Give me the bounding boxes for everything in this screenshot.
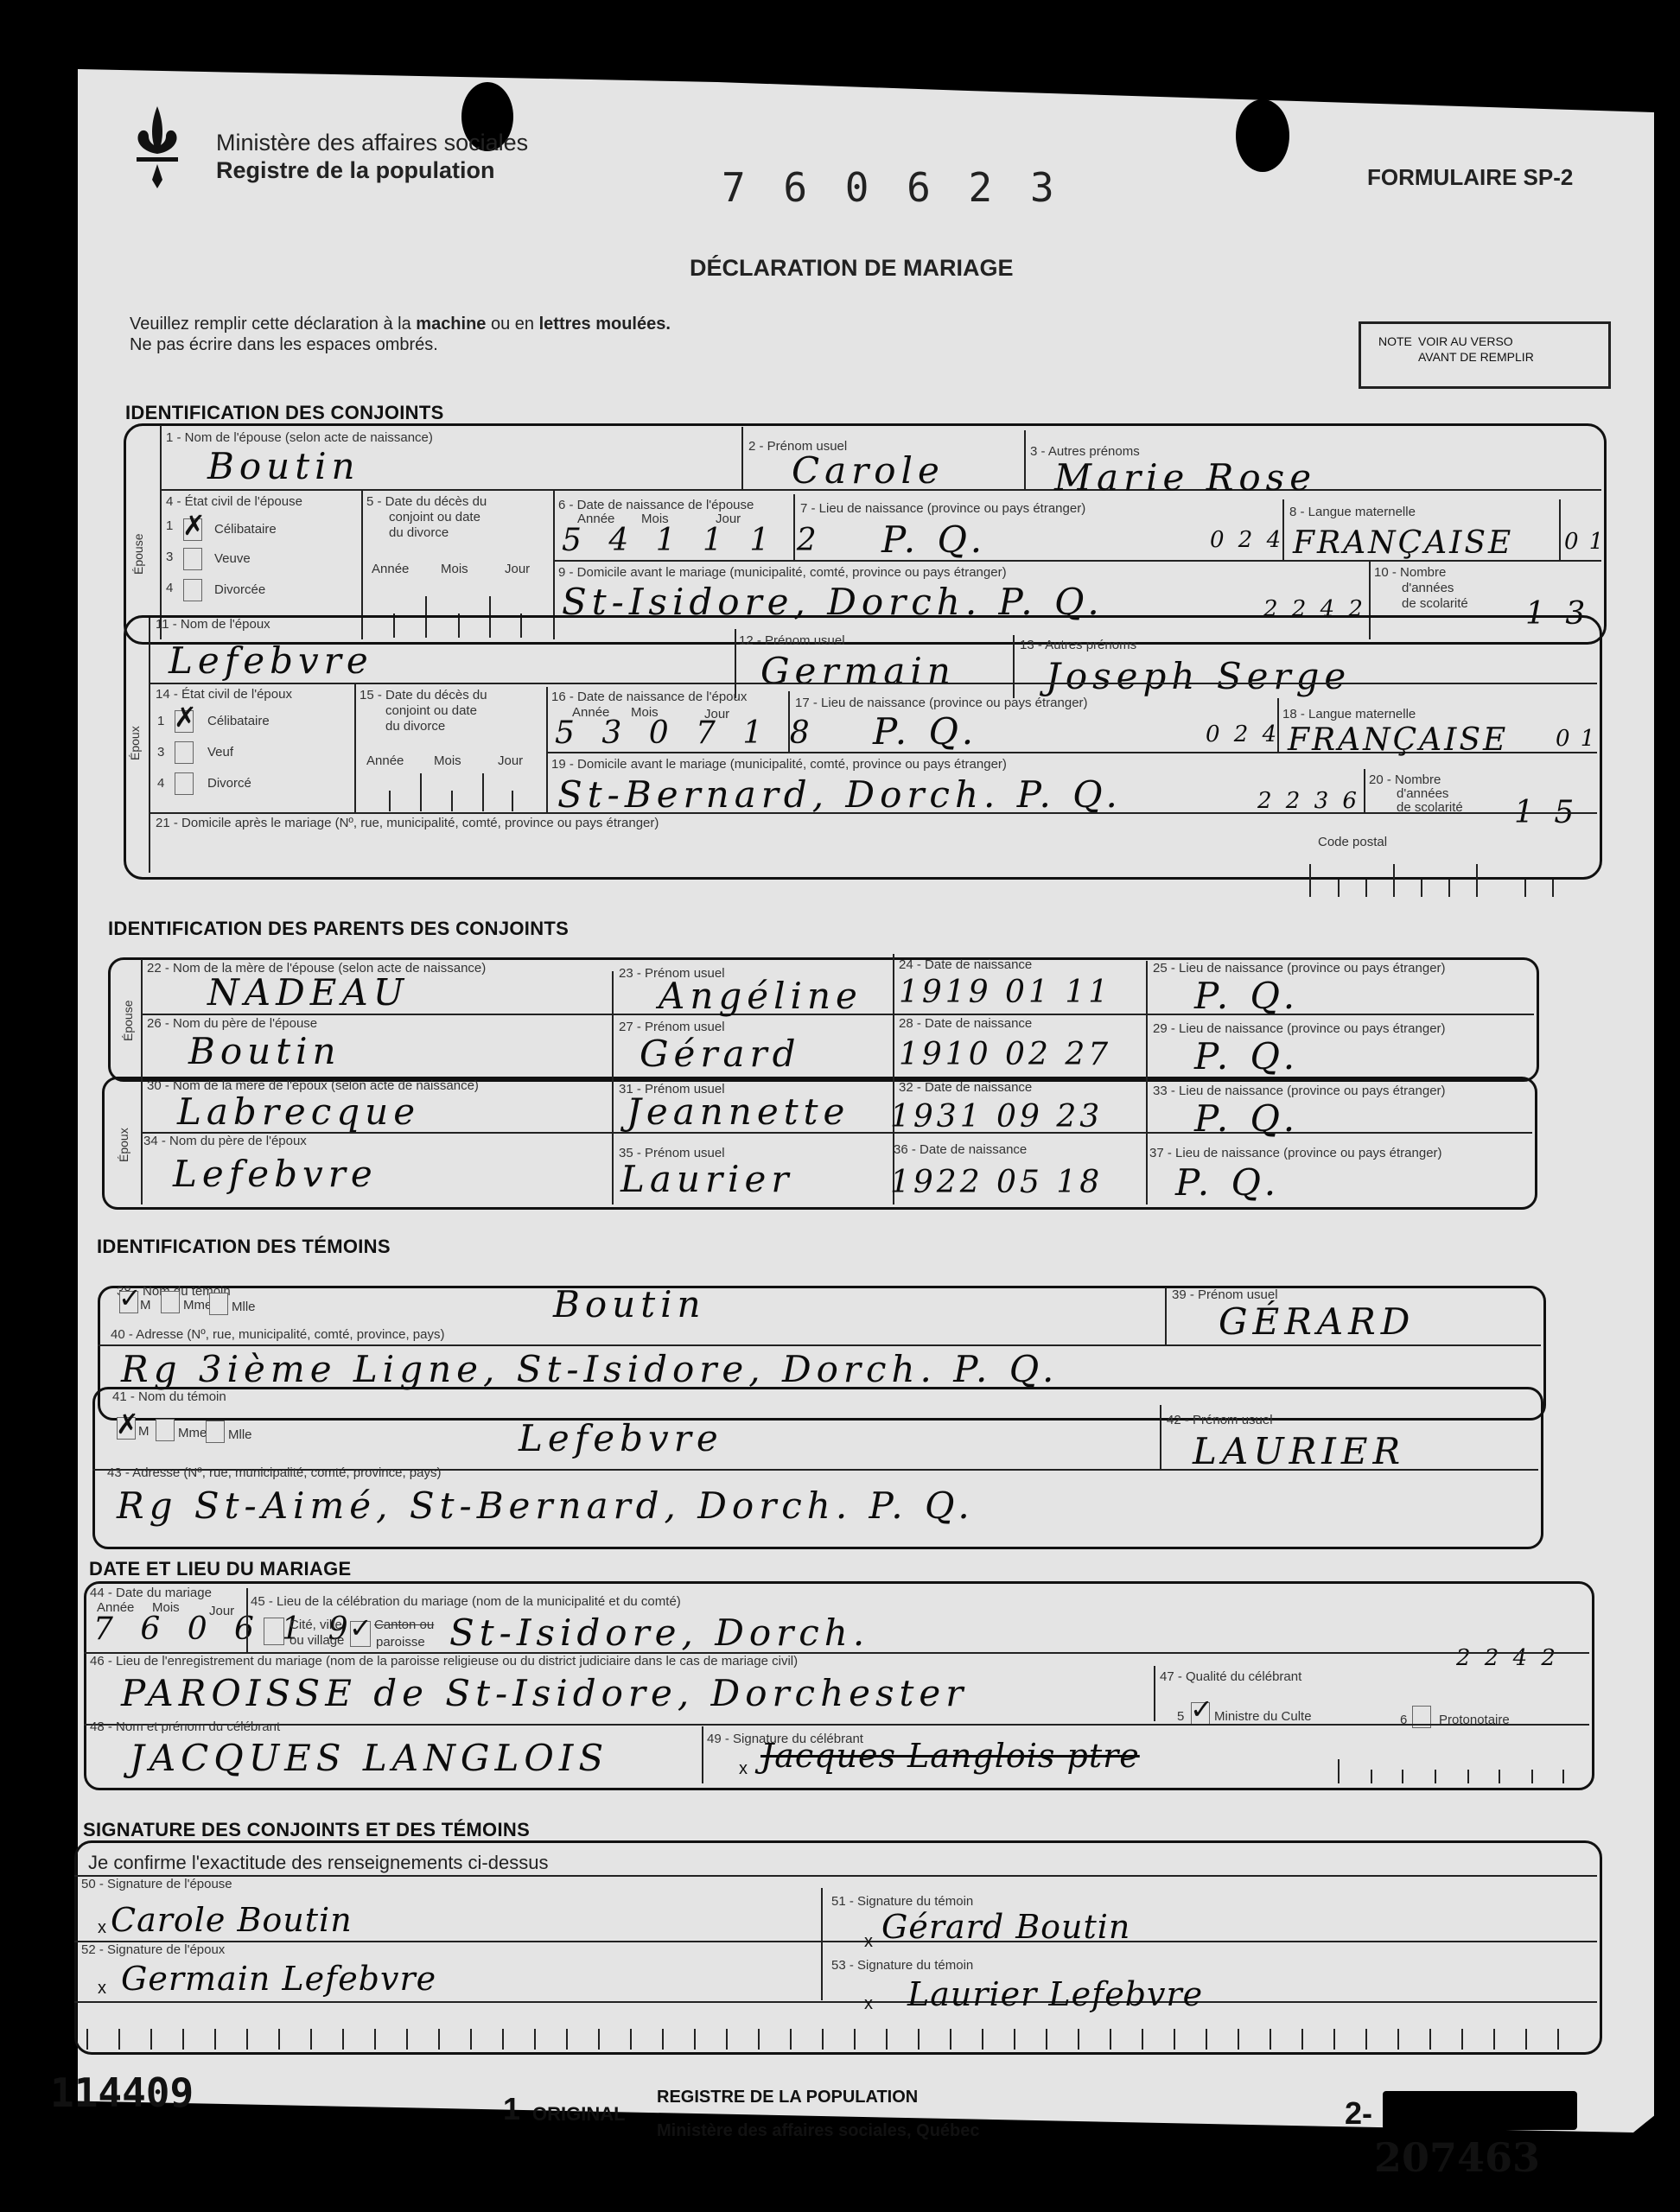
groom-status-widower-label: Veuf xyxy=(207,745,233,760)
bride-death-divorce-year-col: Année xyxy=(372,562,409,576)
section-title-marriage: DATE ET LIEU DU MARIAGE xyxy=(89,1558,352,1580)
groom-first-name-value: Germain xyxy=(760,650,956,692)
bride-birthdate-label: 6 - Date de naissance de l'épouse xyxy=(558,498,754,512)
witness-1-mlle-checkbox[interactable] xyxy=(209,1293,228,1315)
bride-surname-value: Boutin xyxy=(207,445,360,487)
bride-first-name-value: Carole xyxy=(792,449,945,492)
groom-father-birthdate-value: 1922 05 18 xyxy=(890,1165,1103,1200)
groom-status-single-checkbox[interactable] xyxy=(175,710,194,733)
bride-schooling-label-2: d'années xyxy=(1402,581,1454,595)
groom-surname-value: Lefebvre xyxy=(169,639,373,682)
witness-2-name-label: 41 - Nom du témoin xyxy=(112,1389,226,1404)
groom-schooling-label-2: d'années xyxy=(1397,786,1448,801)
groom-death-divorce-label-1: 15 - Date du décès du xyxy=(360,688,487,702)
groom-father-surname-value: Lefebvre xyxy=(173,1153,378,1195)
groom-mother-birthdate-label: 32 - Date de naissance xyxy=(899,1080,1032,1095)
groom-status-divorced-label: Divorcé xyxy=(207,776,251,791)
note-box: NOTE VOIR AU VERSO AVANT DE REMPLIR xyxy=(1359,321,1611,389)
bride-father-birthdate-value: 1910 02 27 xyxy=(899,1037,1111,1072)
bride-status-single-checkbox[interactable] xyxy=(183,518,202,541)
witness-2-surname-value: Lefebvre xyxy=(519,1417,723,1459)
groom-signature-label: 52 - Signature de l'époux xyxy=(81,1942,225,1957)
place-city-checkbox[interactable] xyxy=(264,1618,284,1645)
groom-father-birthplace-label: 37 - Lieu de naissance (province ou pays… xyxy=(1149,1146,1442,1160)
instructions-text: Veuillez remplir cette déclaration à la xyxy=(130,315,416,334)
groom-mother-birthplace-value: P. Q. xyxy=(1194,1097,1300,1140)
bride-birthplace-code: 0 2 4 xyxy=(1210,527,1284,553)
witness-1-address-value: Rg 3ième Ligne, St-Isidore, Dorch. P. Q. xyxy=(121,1348,1059,1390)
bride-father-name-label: 26 - Nom du père de l'épouse xyxy=(147,1016,317,1031)
witness-1-address-label: 40 - Adresse (Nº, rue, municipalité, com… xyxy=(111,1327,444,1342)
groom-status-divorced-checkbox[interactable] xyxy=(175,772,194,795)
registry-name: Registre de la population xyxy=(216,157,495,184)
footer-right-prefix: 2- xyxy=(1345,2095,1372,2132)
witness-2-signature-label: 53 - Signature du témoin xyxy=(831,1958,973,1973)
bride-mother-surname-value: NADEAU xyxy=(207,971,409,1014)
section-title-signatures: SIGNATURE DES CONJOINTS ET DES TÉMOINS xyxy=(83,1819,530,1841)
bride-status-num-3: 3 xyxy=(166,550,173,564)
place-city-label-2: ou village xyxy=(290,1633,344,1648)
groom-mother-first-value: Jeannette xyxy=(627,1090,850,1133)
witness-2-first-value: LAURIER xyxy=(1193,1430,1405,1472)
groom-status-num-4: 4 xyxy=(157,776,164,791)
fleur-de-lis-logo-icon xyxy=(131,102,183,197)
section-title-spouses: IDENTIFICATION DES CONJOINTS xyxy=(125,402,444,424)
groom-signature-x: x xyxy=(98,1979,106,1999)
bride-status-num-1: 1 xyxy=(166,518,173,533)
groom-father-first-value: Laurier xyxy=(620,1158,793,1200)
bride-status-divorced-label: Divorcée xyxy=(214,582,265,597)
bride-signature-x: x xyxy=(98,1918,106,1938)
groom-father-name-label: 34 - Nom du père de l'époux xyxy=(143,1134,307,1148)
witness-2-mme-label: Mme xyxy=(178,1426,207,1440)
witness-1-m-checkbox[interactable] xyxy=(119,1291,138,1313)
celebrant-signature-x: x xyxy=(739,1759,748,1779)
place-city-label-1: Cité, ville xyxy=(290,1618,342,1632)
bride-death-divorce-label-1: 5 - Date du décès du xyxy=(366,494,487,509)
groom-mother-tongue-label: 18 - Langue maternelle xyxy=(1282,707,1416,721)
bride-status-num-4: 4 xyxy=(166,581,173,595)
witness-2-m-checkbox[interactable] xyxy=(117,1417,136,1440)
bride-mother-birthplace-label: 25 - Lieu de naissance (province ou pays… xyxy=(1153,961,1446,976)
bride-status-widow-label: Veuve xyxy=(214,551,251,566)
bride-father-birthdate-label: 28 - Date de naissance xyxy=(899,1016,1032,1031)
form-code: FORMULAIRE SP-2 xyxy=(1367,164,1573,191)
footer-copy-label: ORIGINAL xyxy=(532,2103,626,2126)
instructions: Veuillez remplir cette déclaration à la … xyxy=(130,314,671,355)
groom-mother-birthdate-value: 1931 09 23 xyxy=(890,1099,1103,1135)
groom-mother-tongue-code: 0 1 xyxy=(1556,726,1596,752)
groom-status-num-3: 3 xyxy=(157,745,164,760)
postal-code-label: Code postal xyxy=(1318,835,1387,849)
witness-2-signature-value: Laurier Lefebvre xyxy=(907,1975,1203,2013)
registration-place-value: PAROISSE de St-Isidore, Dorchester xyxy=(121,1672,968,1714)
bride-death-divorce-label-3: du divorce xyxy=(389,525,449,540)
groom-death-divorce-year-col: Année xyxy=(366,753,404,768)
groom-death-divorce-day-col: Jour xyxy=(498,753,523,768)
celebrant-name-label: 48 - Nom et prénom du célébrant xyxy=(90,1719,280,1734)
witness-2-address-value: Rg St-Aimé, St-Bernard, Dorch. P. Q. xyxy=(117,1484,975,1527)
bride-status-single-label: Célibataire xyxy=(214,522,277,537)
celebrant-opt5-num: 5 xyxy=(1177,1709,1184,1724)
groom-mother-birthplace-label: 33 - Lieu de naissance (province ou pays… xyxy=(1153,1084,1446,1098)
bride-birthplace-value: P. Q. xyxy=(881,518,987,561)
bride-father-first-value: Gérard xyxy=(640,1033,801,1075)
form-number-stamp: 7 6 0 6 2 3 xyxy=(722,164,1061,211)
bride-father-birthplace-value: P. Q. xyxy=(1194,1035,1300,1077)
groom-birthplace-label: 17 - Lieu de naissance (province ou pays… xyxy=(795,696,1088,710)
groom-status-label: 14 - État civil de l'époux xyxy=(156,687,292,702)
footer-copy-number: 1 xyxy=(503,2091,520,2127)
bride-other-names-value: Marie Rose xyxy=(1054,456,1316,499)
witness-1-mlle-label: Mlle xyxy=(232,1300,256,1314)
witness-1-mme-checkbox[interactable] xyxy=(161,1291,180,1313)
footer-right-number: 207463 xyxy=(1374,2134,1540,2181)
footer-registry-line-1: REGISTRE DE LA POPULATION xyxy=(657,2088,918,2107)
page-title: DÉCLARATION DE MARIAGE xyxy=(690,255,1014,282)
bride-status-divorced-checkbox[interactable] xyxy=(183,579,202,601)
groom-domicile-label: 19 - Domicile avant le mariage (municipa… xyxy=(551,757,1007,772)
place-parish-label-2: paroisse xyxy=(376,1635,425,1649)
place-parish-checkbox[interactable] xyxy=(350,1621,371,1647)
groom-birthplace-value: P. Q. xyxy=(873,710,978,753)
confirm-text: Je confirme l'exactitude des renseigneme… xyxy=(88,1852,548,1874)
bride-mother-tongue-value: FRANÇAISE xyxy=(1293,525,1513,561)
ministry-name: Ministère des affaires sociales xyxy=(216,130,528,156)
witness-2-mlle-checkbox[interactable] xyxy=(206,1421,225,1443)
celebrant-quality-label: 47 - Qualité du célébrant xyxy=(1160,1669,1301,1684)
bride-status-label: 4 - État civil de l'épouse xyxy=(166,494,302,509)
bride-birthdate-value: 5 4 1 1 1 2 xyxy=(562,523,825,558)
groom-death-divorce-month-col: Mois xyxy=(434,753,461,768)
groom-birthdate-value: 5 3 0 7 1 8 xyxy=(555,715,818,751)
footer-left-number: 114409 xyxy=(50,2069,194,2116)
groom-other-names-label: 13 - Autres prénoms xyxy=(1020,638,1136,652)
note-label: NOTE xyxy=(1378,334,1412,348)
groom-status-widower-checkbox[interactable] xyxy=(175,741,194,764)
celebrant-signature-value: Jacques Langlois ptre xyxy=(760,1737,1140,1775)
witness-2-first-label: 42 - Prénom usuel xyxy=(1167,1413,1273,1427)
groom-birthdate-label: 16 - Date de naissance de l'époux xyxy=(551,690,747,704)
bride-mother-first-value: Angéline xyxy=(659,975,862,1017)
bride-signature-label: 50 - Signature de l'épouse xyxy=(81,1877,232,1891)
celebration-place-code: 2 2 4 2 xyxy=(1456,1645,1559,1671)
groom-mother-surname-value: Labrecque xyxy=(177,1090,420,1133)
bride-surname-label: 1 - Nom de l'épouse (selon acte de naiss… xyxy=(166,430,433,445)
celebrant-minister-label: Ministre du Culte xyxy=(1214,1709,1312,1724)
footer-registry-line-2: Ministère des affaires sociales, Québec xyxy=(657,2121,980,2141)
marriage-date-label: 44 - Date du mariage xyxy=(90,1586,212,1600)
witness-2-mlle-label: Mlle xyxy=(228,1427,252,1442)
bottom-tick-strip xyxy=(86,2029,1581,2050)
witness-1-signature-label: 51 - Signature du témoin xyxy=(831,1894,973,1909)
groom-domicile-value: St-Bernard, Dorch. P. Q. xyxy=(557,773,1123,816)
section-title-parents: IDENTIFICATION DES PARENTS DES CONJOINTS xyxy=(108,918,569,940)
redaction-bar xyxy=(1383,2091,1577,2130)
bride-mother-tongue-label: 8 - Langue maternelle xyxy=(1289,505,1416,519)
bride-mother-birthdate-label: 24 - Date de naissance xyxy=(899,957,1032,972)
groom-surname-label: 11 - Nom de l'époux xyxy=(156,617,270,632)
groom-other-names-value: Joseph Serge xyxy=(1046,655,1351,697)
groom-birthplace-code: 0 2 4 xyxy=(1206,721,1280,747)
bride-domicile-label: 9 - Domicile avant le mariage (municipal… xyxy=(558,565,1007,580)
celebrant-minister-checkbox[interactable] xyxy=(1191,1702,1210,1725)
bride-parents-side-label: Épouse xyxy=(121,1001,135,1041)
registration-place-label: 46 - Lieu de l'enregistrement du mariage… xyxy=(90,1654,798,1669)
witness-1-first-value: GÉRARD xyxy=(1219,1300,1415,1343)
celebration-place-label: 45 - Lieu de la célébration du mariage (… xyxy=(251,1594,681,1609)
groom-father-birthdate-label: 36 - Date de naissance xyxy=(894,1142,1027,1157)
groom-death-divorce-label-3: du divorce xyxy=(385,719,445,734)
bride-mother-tongue-code: 0 1 xyxy=(1564,529,1605,555)
groom-mother-tongue-value: FRANÇAISE xyxy=(1288,722,1508,758)
bride-schooling-label-3: de scolarité xyxy=(1402,596,1468,611)
punch-hole-right xyxy=(1236,99,1289,172)
bride-father-surname-value: Boutin xyxy=(188,1030,341,1072)
groom-side-label: Époux xyxy=(128,726,142,760)
bride-status-widow-checkbox[interactable] xyxy=(183,548,202,570)
bride-death-divorce-day-col: Jour xyxy=(505,562,530,576)
groom-post-domicile-label: 21 - Domicile après le mariage (Nº, rue,… xyxy=(156,816,659,830)
witness-2-signature-x: x xyxy=(864,1994,873,2014)
note-line-1: VOIR AU VERSO xyxy=(1418,334,1513,348)
witness-2-mme-checkbox[interactable] xyxy=(156,1419,175,1441)
bride-signature-value: Carole Boutin xyxy=(111,1901,353,1939)
groom-signature-value: Germain Lefebvre xyxy=(121,1960,436,1998)
instructions-emphasis-machine: machine xyxy=(416,315,486,334)
groom-schooling-label-1: 20 - Nombre xyxy=(1369,772,1441,787)
groom-father-birthplace-value: P. Q. xyxy=(1175,1161,1281,1204)
witness-1-m-label: M xyxy=(140,1298,151,1313)
bride-father-birthplace-label: 29 - Lieu de naissance (province ou pays… xyxy=(1153,1021,1446,1036)
bride-death-divorce-label-2: conjoint ou date xyxy=(389,510,480,524)
bride-mother-birthdate-value: 1919 01 11 xyxy=(899,975,1111,1010)
witness-2-address-label: 43 - Adresse (Nº, rue, municipalité, com… xyxy=(107,1465,441,1480)
witness-1-signature-x: x xyxy=(864,1932,873,1952)
bride-side-label: Épouse xyxy=(131,534,145,575)
witness-1-mme-label: Mme xyxy=(183,1298,212,1313)
witness-2-m-label: M xyxy=(138,1424,150,1439)
groom-domicile-code: 2 2 3 6 xyxy=(1257,788,1360,814)
bride-mother-birthplace-value: P. Q. xyxy=(1194,975,1300,1017)
bride-death-divorce-month-col: Mois xyxy=(441,562,468,576)
note-line-2: AVANT DE REMPLIR xyxy=(1418,350,1534,364)
instructions-emphasis-letters: lettres moulées. xyxy=(539,315,671,334)
celebration-place-value: St-Isidore, Dorch. xyxy=(449,1611,869,1654)
place-parish-label-1: Canton ou xyxy=(374,1618,434,1632)
witness-1-surname-value: Boutin xyxy=(553,1283,706,1325)
celebrant-name-value: JACQUES LANGLOIS xyxy=(130,1737,608,1779)
groom-death-divorce-label-2: conjoint ou date xyxy=(385,703,477,718)
instructions-text: ou en xyxy=(486,315,538,334)
instructions-line-2: Ne pas écrire dans les espaces ombrés. xyxy=(130,335,438,354)
groom-status-num-1: 1 xyxy=(157,714,164,728)
section-title-witnesses: IDENTIFICATION DES TÉMOINS xyxy=(97,1236,391,1258)
bride-schooling-label-1: 10 - Nombre xyxy=(1374,565,1446,580)
groom-first-name-label: 12 - Prénom usuel xyxy=(739,633,845,648)
groom-parents-side-label: Époux xyxy=(117,1128,130,1162)
witness-1-signature-value: Gérard Boutin xyxy=(881,1908,1130,1946)
groom-status-single-label: Célibataire xyxy=(207,714,270,728)
bride-birthplace-label: 7 - Lieu de naissance (province ou pays … xyxy=(800,501,1085,516)
